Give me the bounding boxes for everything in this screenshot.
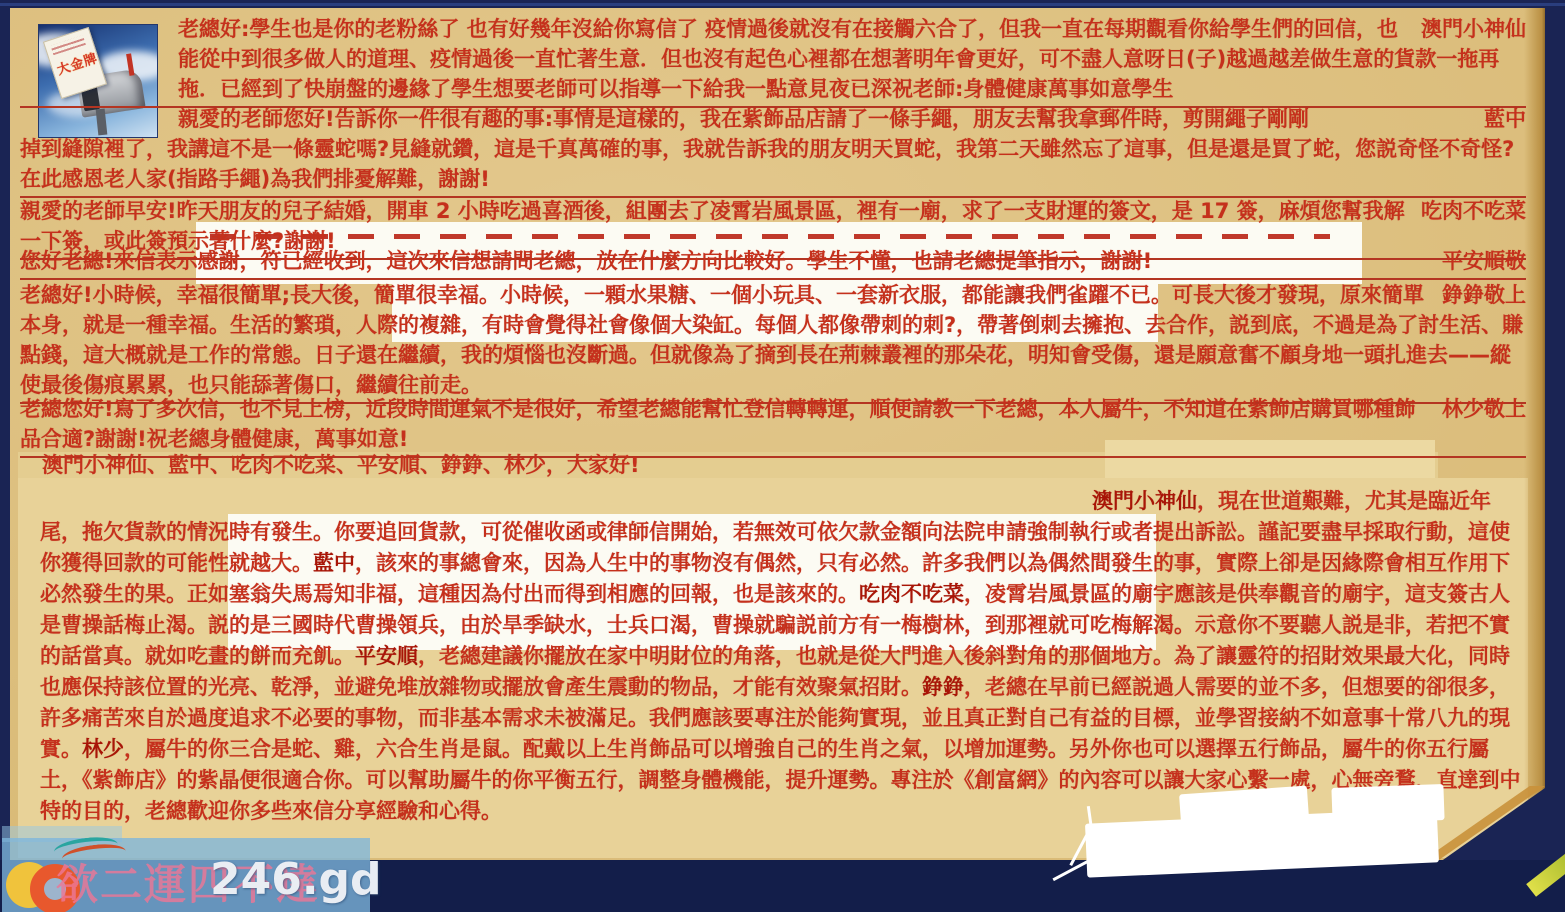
scanned-letters-page: 大金牌 澳門小神仙老總好:學生也是你的老粉絲了 也有好幾年沒給你寫信了 疫情過後… [0,0,1565,912]
letter-2-signature: 藍中 [1312,104,1526,134]
reply-name-3: 吃肉不吃菜 [859,582,964,606]
letter-4: 平安順敬您好老總!來信表示感謝，符已經收到，這次來信想請問老總，放在什麼方向比較… [20,246,1526,280]
letter-1: 澳門小神仙老總好:學生也是你的老粉絲了 也有好幾年沒給你寫信了 疫情過後就沒有在… [20,14,1526,108]
letter-5-body: 老總好!小時候，幸福很簡單;長大後，簡單很幸福。小時候，一顆水果糖、一個小玩具、… [20,283,1523,397]
letter-1-body: 老總好:學生也是你的老粉絲了 也有好幾年沒給你寫信了 疫情過後就沒有在接觸六合了… [178,17,1499,101]
reply-name-4: 平安順 [355,644,418,668]
reply-greeting: 澳門小神仙、藍中、吃肉不吃菜、平安順、錚錚、林少，大家好! [42,450,1522,480]
letter-3-signature: 吃肉不吃菜 [1407,196,1526,226]
reply-paragraph: 澳門小神仙，現在世道艱難，尤其是臨近年尾，拖欠貨款的情況時有發生。你要追回貨款，… [40,486,1530,827]
top-border-line [0,3,1565,6]
letter-1-signature: 澳門小神仙 [1407,14,1526,44]
letter-5: 錚錚敬上老總好!小時候，幸福很簡單;長大後，簡單很幸福。小時候，一顆水果糖、一個… [20,280,1526,404]
letter-3-body: 親愛的老師早安!昨天朋友的兒子結婚，開車 2 小時吃過喜酒後，組團去了凌霄岩風景… [20,199,1405,253]
letter-4-body: 您好老總!來信表示感謝，符已經收到，這次來信想請問老總，放在什麼方向比較好。學生… [20,249,1152,273]
reply-name-1: 澳門小神仙 [1092,489,1197,513]
letter-6-body: 老總您好!寫了多次信，也不見上榜，近段時間運氣不是很好，希望老總能幫忙登信轉轉運… [20,397,1416,451]
watermark-246gd: 欲二運四不達 246.gd [2,838,370,912]
letter-2: 藍中親愛的老師您好!告訴你一件很有趣的事:事情是這樣的，我在紫飾品店請了一條手繩… [20,104,1526,198]
letter-4-signature: 平安順敬 [1428,246,1526,276]
redaction-marks [1331,784,1444,824]
watermark-site-text: 246.gd [210,854,382,905]
letter-2-body: 親愛的老師您好!告訴你一件很有趣的事:事情是這樣的，我在紫飾品店請了一條手繩，朋… [20,107,1514,191]
reply-name-6: 林少 [82,737,124,761]
letter-6-signature: 林少敬上 [1428,394,1526,424]
letter-5-signature: 錚錚敬上 [1428,280,1526,310]
reply-name-2: 藍中 [313,551,355,575]
reply-name-5: 錚錚 [922,675,964,699]
letter-6: 林少敬上老總您好!寫了多次信，也不見上榜，近段時間運氣不是很好，希望老總能幫忙登… [20,394,1526,458]
